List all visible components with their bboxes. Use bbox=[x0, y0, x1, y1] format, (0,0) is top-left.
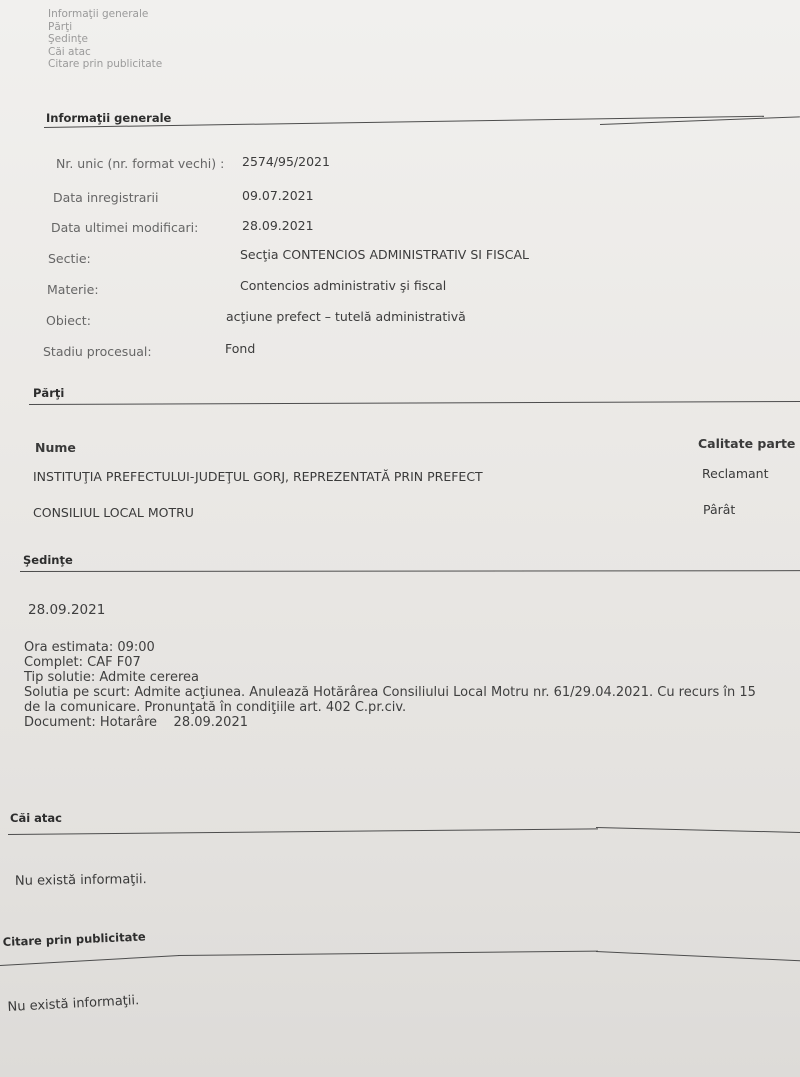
party-name: CONSILIUL LOCAL MOTRU bbox=[33, 505, 194, 520]
field-value-registration-date: 09.07.2021 bbox=[242, 188, 314, 203]
field-label-section: Sectie: bbox=[48, 251, 91, 266]
section-divider bbox=[0, 955, 180, 966]
field-label-matter: Materie: bbox=[47, 282, 99, 297]
field-value-procedural-stage: Fond bbox=[225, 341, 255, 356]
column-header-role: Calitate parte bbox=[698, 436, 795, 451]
hearing-details: Ora estimata: 09:00 Complet: CAF F07 Tip… bbox=[24, 640, 756, 730]
nav-link-parties[interactable]: Părţi bbox=[48, 21, 162, 34]
hearing-panel: Complet: CAF F07 bbox=[24, 655, 756, 670]
party-name: INSTITUŢIA PREFECTULUI-JUDEŢUL GORJ, REP… bbox=[33, 469, 483, 484]
field-value-case-number: 2574/95/2021 bbox=[242, 154, 330, 169]
publicity-summons-heading: Citare prin publicitate bbox=[2, 930, 145, 949]
section-divider bbox=[596, 951, 800, 962]
appeals-heading: Căi atac bbox=[10, 811, 62, 825]
party-role: Reclamant bbox=[702, 466, 768, 481]
section-divider bbox=[596, 827, 800, 833]
hearing-date: 28.09.2021 bbox=[28, 603, 105, 618]
nav-link-hearings[interactable]: Şedinţe bbox=[48, 33, 162, 46]
hearing-solution-summary-cont: de la comunicare. Pronunţată în condiţii… bbox=[24, 700, 756, 715]
hearing-estimated-time: Ora estimata: 09:00 bbox=[24, 640, 756, 655]
section-divider bbox=[178, 951, 598, 956]
field-value-section: Secţia CONTENCIOS ADMINISTRATIV SI FISCA… bbox=[240, 247, 529, 262]
general-info-heading: Informaţii generale bbox=[46, 111, 171, 125]
field-label-procedural-stage: Stadiu procesual: bbox=[43, 344, 152, 359]
field-label-case-number: Nr. unic (nr. format vechi) : bbox=[56, 156, 224, 171]
field-value-last-modified: 28.09.2021 bbox=[242, 218, 314, 233]
section-divider bbox=[8, 828, 598, 835]
field-label-object: Obiect: bbox=[46, 313, 91, 328]
section-divider bbox=[29, 401, 800, 405]
party-role: Pârât bbox=[703, 502, 735, 517]
field-value-matter: Contencios administrativ şi fiscal bbox=[240, 278, 446, 293]
field-value-object: acţiune prefect – tutelă administrativă bbox=[226, 309, 466, 324]
nav-link-publicity-summons[interactable]: Citare prin publicitate bbox=[48, 58, 162, 71]
appeals-empty-message: Nu există informaţii. bbox=[15, 872, 147, 889]
section-nav: Informaţii generale Părţi Şedinţe Căi at… bbox=[48, 8, 162, 71]
hearing-solution-summary: Solutia pe scurt: Admite acţiunea. Anule… bbox=[24, 685, 756, 700]
hearings-heading: Şedinţe bbox=[23, 553, 73, 567]
field-label-last-modified: Data ultimei modificari: bbox=[51, 220, 198, 235]
field-label-registration-date: Data inregistrarii bbox=[53, 190, 158, 205]
section-divider bbox=[20, 570, 800, 572]
parties-heading: Părţi bbox=[33, 386, 64, 400]
column-header-name: Nume bbox=[35, 440, 76, 455]
hearing-solution-type: Tip solutie: Admite cererea bbox=[24, 670, 756, 685]
nav-link-appeals[interactable]: Căi atac bbox=[48, 46, 162, 59]
publicity-summons-empty-message: Nu există informaţii. bbox=[7, 993, 139, 1015]
hearing-document[interactable]: Document: Hotarâre 28.09.2021 bbox=[24, 715, 756, 730]
nav-link-general-info[interactable]: Informaţii generale bbox=[48, 8, 162, 21]
